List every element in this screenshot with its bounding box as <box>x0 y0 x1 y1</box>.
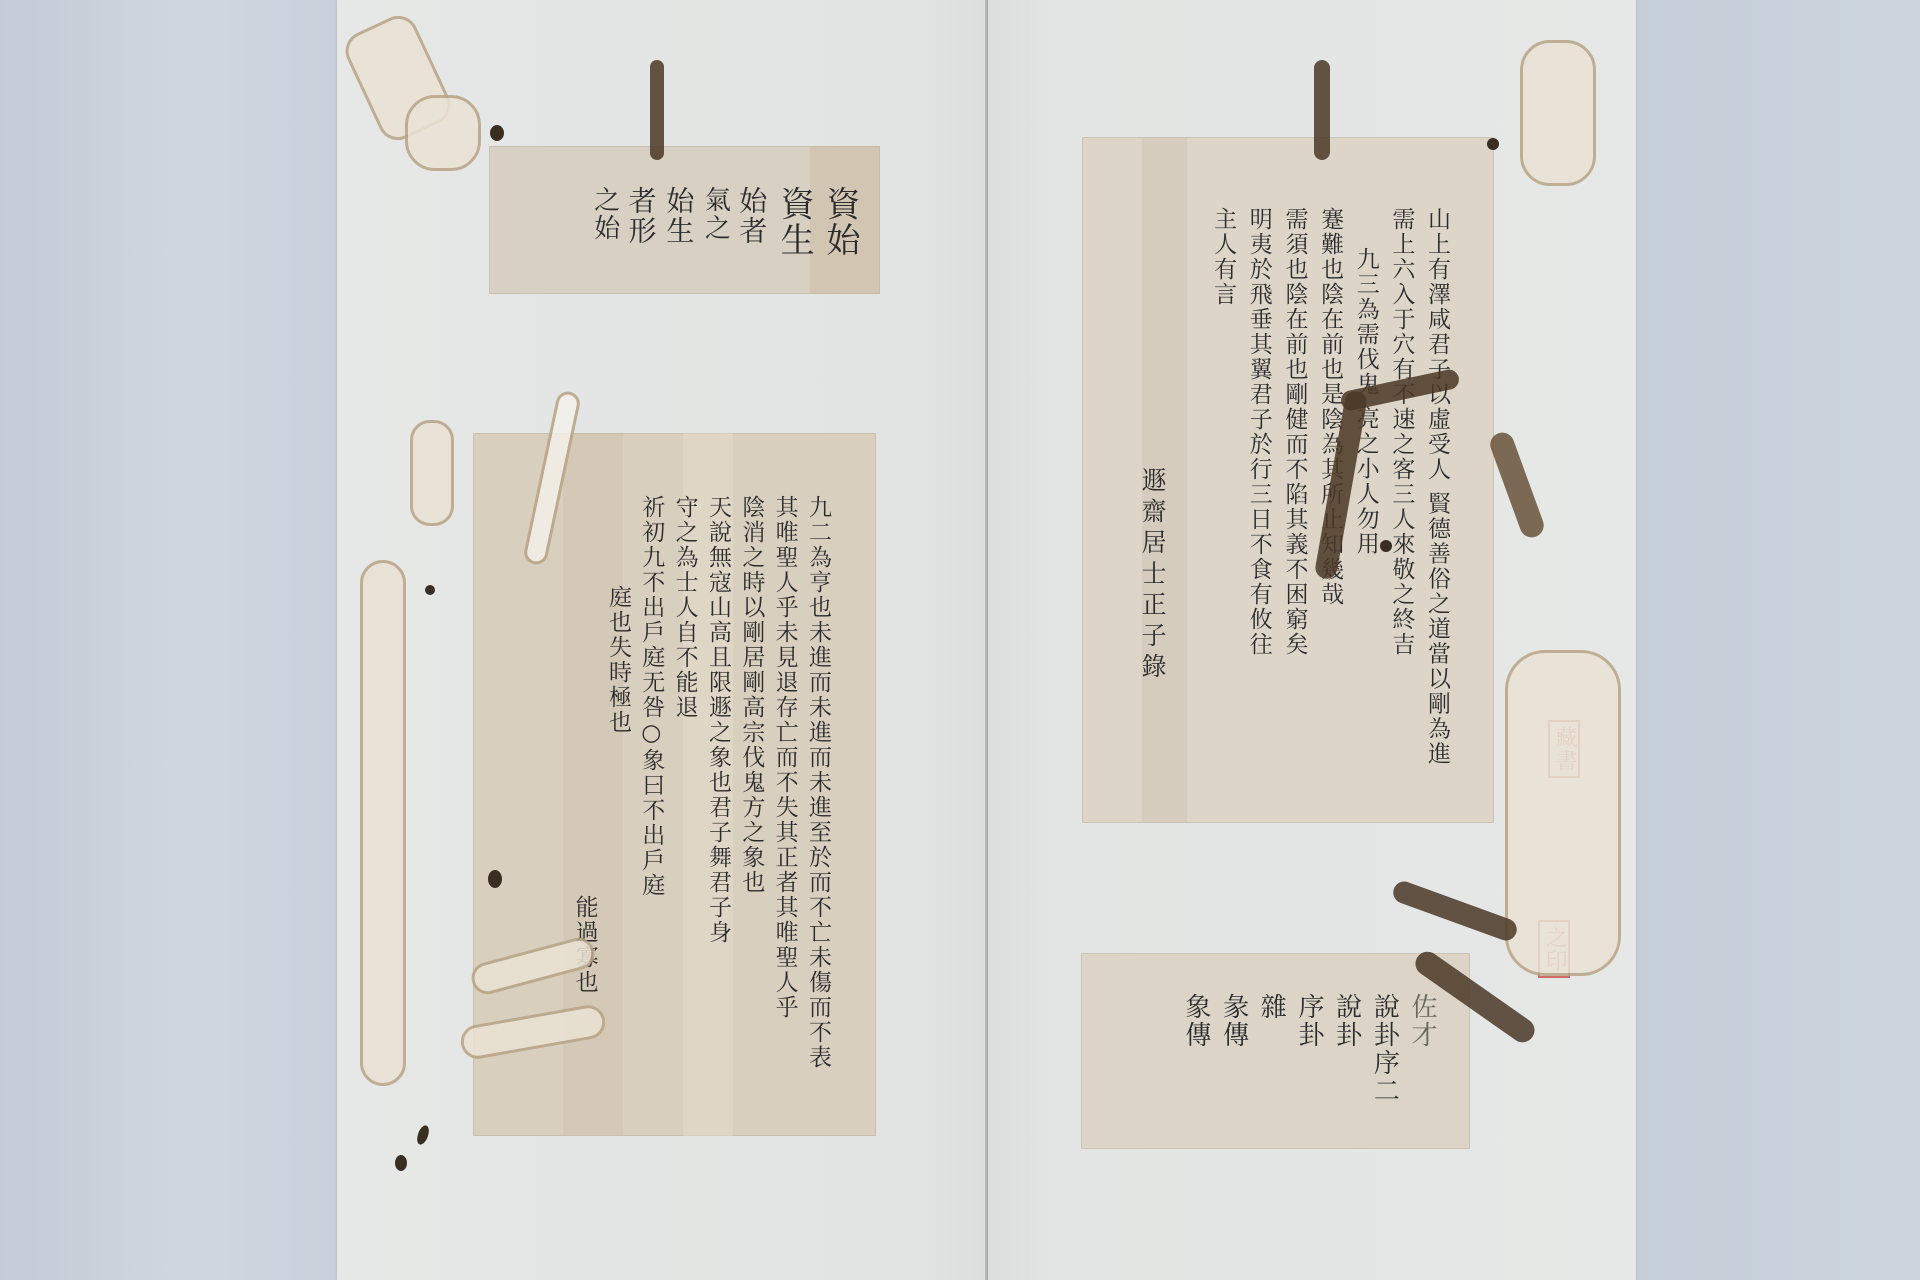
text-column: 陰消之時以剛居剛高宗伐鬼方之象也 <box>734 495 767 1115</box>
manuscript-text: 九二為亨也未進而未進而未進至於而不亡未傷而不表 其唯聖人乎未見退存亡而不失其正者… <box>567 495 834 1115</box>
text-column: 明夷於飛垂其翼君子於行三日不食有攸往 <box>1240 207 1276 807</box>
text-column: 其唯聖人乎未見退存亡而不失其正者其唯聖人乎 <box>767 495 800 1115</box>
worm-damage <box>650 60 664 160</box>
label-text: 佐才 說卦序二 說卦 序卦 雜 彖傳 象傳 <box>1176 993 1440 1133</box>
worm-hole <box>395 1155 407 1171</box>
worm-damage <box>1520 40 1596 186</box>
text-column: 說卦序二 <box>1365 993 1403 1133</box>
label-slip-top-left: 資始 資生 始者 氣之 始生 者形 之始 <box>489 146 880 294</box>
text-column: 彖傳 <box>1214 993 1252 1133</box>
label-text: 資始 資生 始者 氣之 始生 者形 之始 <box>587 186 862 258</box>
text-column: 序卦 <box>1289 993 1327 1133</box>
main-slip-right: 山上有澤咸君子以虛受人 賢德善俗之道當以剛為進 需上六入于穴有不速之客三人來敬之… <box>1082 137 1494 823</box>
text-column: 庭也失時極也 <box>601 495 634 1115</box>
text-column: 需須也陰在前也剛健而不陷其義不困窮矣 <box>1276 207 1312 807</box>
text-column: 九二為亨也未進而未進而未進至於而不亡未傷而不表 <box>801 495 834 1115</box>
label-slip-bottom-right: 佐才 說卦序二 說卦 序卦 雜 彖傳 象傳 <box>1081 953 1470 1149</box>
text-column: 始生 <box>660 186 698 258</box>
text-column: 佐才 <box>1402 993 1440 1133</box>
worm-hole <box>488 870 502 888</box>
text-column: 說卦 <box>1327 993 1365 1133</box>
text-column: 氣之 <box>697 186 732 258</box>
worm-damage <box>405 95 481 171</box>
worm-damage <box>410 420 454 526</box>
worm-damage <box>1505 650 1621 976</box>
worm-damage <box>1314 60 1330 160</box>
signature: 遯齋居士正子錄 <box>1134 467 1170 684</box>
text-column: 資始 <box>816 186 862 258</box>
text-column: 者形 <box>622 186 660 258</box>
worm-hole <box>1380 540 1392 552</box>
text-column: 主人有言 <box>1205 207 1241 807</box>
text-column: 需上六入于穴有不速之客三人來敬之終吉 <box>1383 207 1419 807</box>
worm-damage <box>360 560 406 1086</box>
text-column: 天說無寇山高且限遯之象也君子舞君子身 <box>701 495 734 1115</box>
text-column: 守之為士人自不能退 <box>667 495 700 1115</box>
text-column: 祈初九不出戶庭无咎○象曰不出戶庭 <box>634 495 667 1115</box>
book-gutter <box>985 0 988 1280</box>
text-column: 資生 <box>770 186 816 258</box>
text-column: 九三為需伐鬼 亮之小人勿用 <box>1347 207 1383 807</box>
text-column: 始者 <box>732 186 770 258</box>
text-column: 之始 <box>587 186 622 258</box>
text-column: 雜 <box>1252 993 1290 1133</box>
text-column: 象傳 <box>1176 993 1214 1133</box>
worm-hole <box>1487 138 1499 150</box>
text-column: 山上有澤咸君子以虛受人 賢德善俗之道當以剛為進 <box>1418 207 1454 807</box>
worm-hole <box>490 125 504 141</box>
worm-hole <box>425 585 435 595</box>
